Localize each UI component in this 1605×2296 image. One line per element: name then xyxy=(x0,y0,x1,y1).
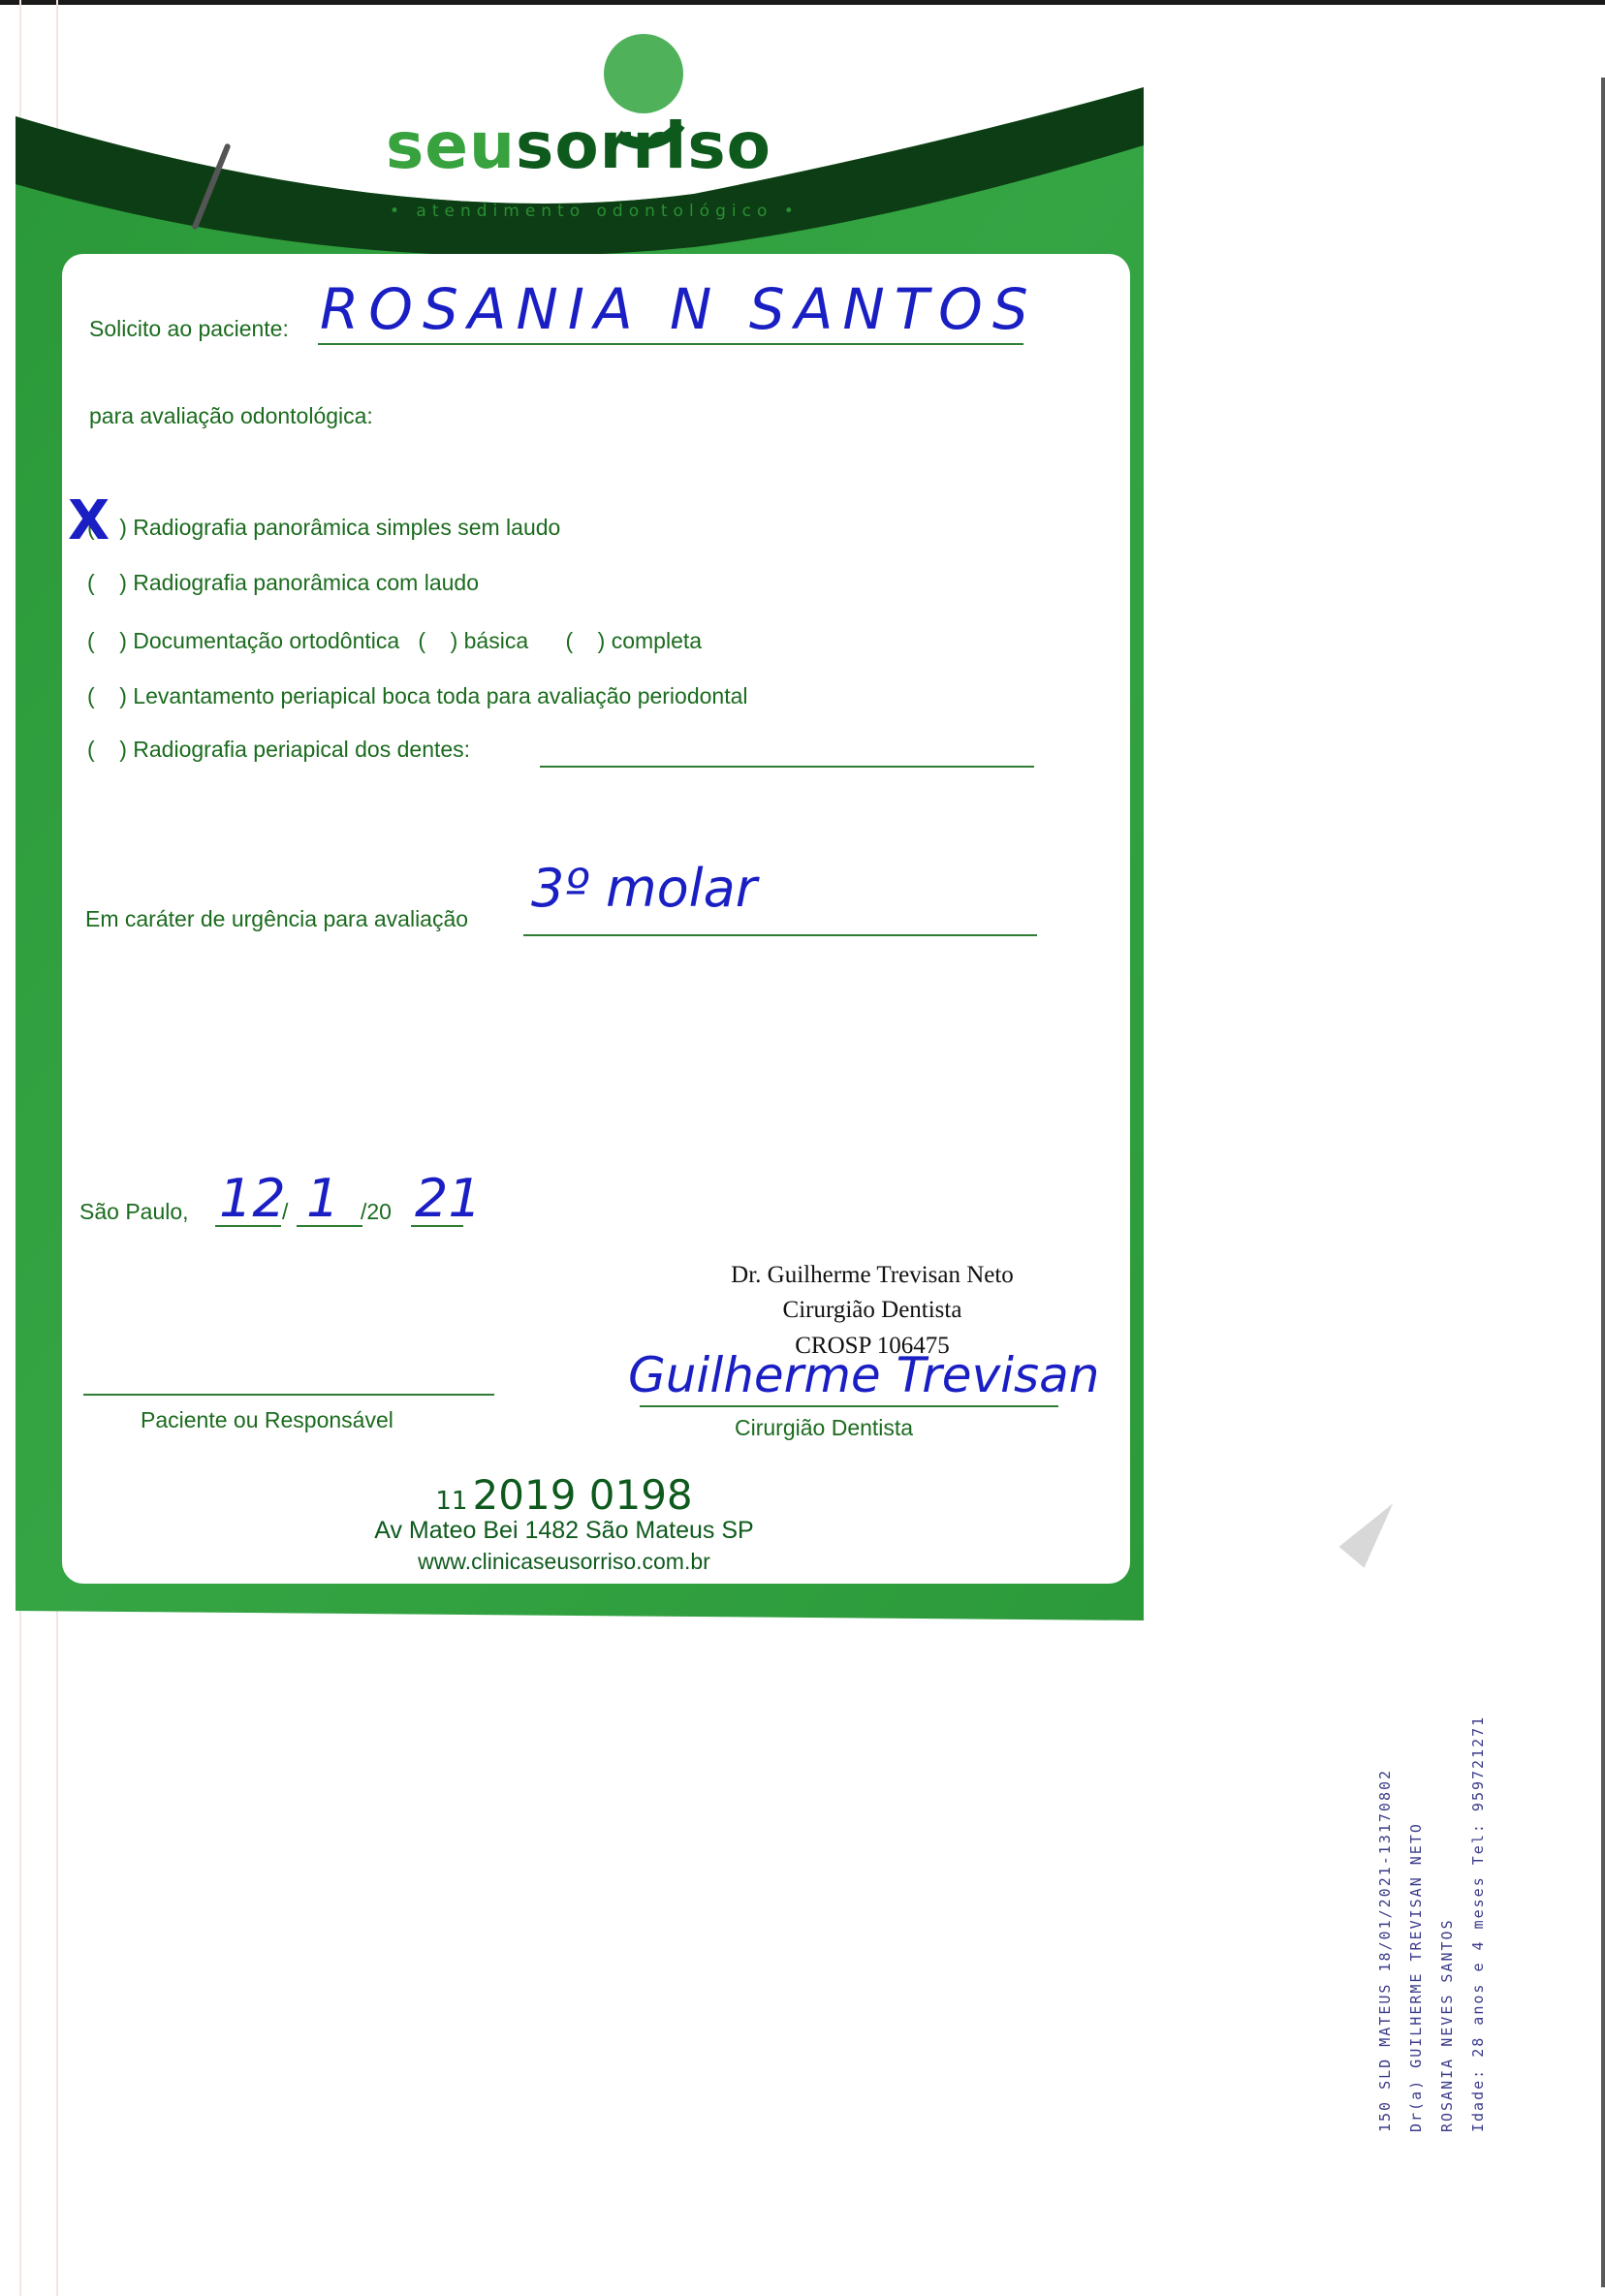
option-row: ( ) Documentação ortodôntica ( ) básica … xyxy=(87,628,702,654)
city-label: São Paulo, xyxy=(79,1199,189,1225)
sub-option-label: básica xyxy=(464,628,528,653)
checkbox[interactable]: ( ) xyxy=(87,683,127,708)
year-prefix: /20 xyxy=(361,1199,392,1225)
scan-right-edge xyxy=(1601,78,1605,2287)
option-row: ( ) Radiografia panorâmica simples sem l… xyxy=(87,515,560,541)
checkbox[interactable]: ( ) xyxy=(565,628,605,653)
checkbox[interactable]: ( ) xyxy=(87,570,127,595)
checkbox[interactable]: ( ) xyxy=(87,628,127,653)
option-label: Radiografia panorâmica simples sem laudo xyxy=(133,515,560,540)
urgency-field-line xyxy=(523,934,1037,936)
stamp-line: 150 SLD MATEUS 18/01/2021-13170802 xyxy=(1376,1769,1394,2132)
patient-label: Solicito ao paciente: xyxy=(89,316,289,342)
teeth-field-line[interactable] xyxy=(540,766,1034,768)
month-field[interactable]: 1 xyxy=(306,1168,339,1229)
sub-option-label: completa xyxy=(612,628,702,653)
footer-phone: 11 2019 0198 xyxy=(0,1471,1128,1519)
dentist-title: Cirurgião Dentista xyxy=(678,1297,1066,1324)
day-field[interactable]: 12 xyxy=(219,1168,286,1229)
stamp-line: Idade: 28 anos e 4 meses Tel: 959721271 xyxy=(1469,1715,1487,2132)
option-row: ( ) Radiografia panorâmica com laudo xyxy=(87,570,479,596)
paper-fragment xyxy=(1338,1494,1407,1567)
footer-website[interactable]: www.clinicaseusorriso.com.br xyxy=(0,1549,1128,1575)
patient-field-line xyxy=(318,343,1023,345)
patient-signature-line xyxy=(83,1394,494,1396)
option-label: Levantamento periapical boca toda para a… xyxy=(133,683,747,708)
stamp-line: ROSANIA NEVES SANTOS xyxy=(1438,1918,1456,2132)
option-label: Radiografia panorâmica com laudo xyxy=(133,570,479,595)
brand-name: seusorriso xyxy=(386,114,771,178)
dentist-name: Dr. Guilherme Trevisan Neto xyxy=(678,1262,1066,1289)
urgency-field[interactable]: 3º molar xyxy=(531,858,757,919)
option-row: ( ) Radiografia periapical dos dentes: xyxy=(87,737,470,763)
check-mark-icon: X xyxy=(68,489,110,552)
scan-top-edge xyxy=(0,0,1605,5)
brand-logo: seusorriso • atendimento odontológico • xyxy=(378,29,804,194)
option-label: Radiografia periapical dos dentes: xyxy=(133,737,470,762)
printed-label: 150 SLD MATEUS 18/01/2021-13170802 Dr(a)… xyxy=(1376,1648,1551,2132)
patient-signature-label: Paciente ou Responsável xyxy=(141,1407,393,1433)
urgency-label: Em caráter de urgência para avaliação xyxy=(85,906,468,932)
dentist-signature: Guilherme Trevisan xyxy=(628,1347,1099,1403)
option-label: Documentação ortodôntica xyxy=(133,628,399,653)
brand-tagline: • atendimento odontológico • xyxy=(390,202,800,221)
checkbox[interactable]: ( ) xyxy=(87,737,127,762)
dentist-signature-label: Cirurgião Dentista xyxy=(735,1415,913,1441)
patient-name-field[interactable]: ROSANIA N SANTOS xyxy=(320,276,1038,342)
year-field[interactable]: 21 xyxy=(415,1168,482,1229)
purpose-label: para avaliação odontológica: xyxy=(89,403,373,429)
stamp-line: Dr(a) GUILHERME TREVISAN NETO xyxy=(1407,1822,1425,2132)
dentist-signature-line xyxy=(640,1405,1058,1407)
checkbox[interactable]: ( ) xyxy=(418,628,457,653)
option-row: ( ) Levantamento periapical boca toda pa… xyxy=(87,683,748,709)
footer-address: Av Mateo Bei 1482 São Mateus SP xyxy=(0,1517,1128,1545)
